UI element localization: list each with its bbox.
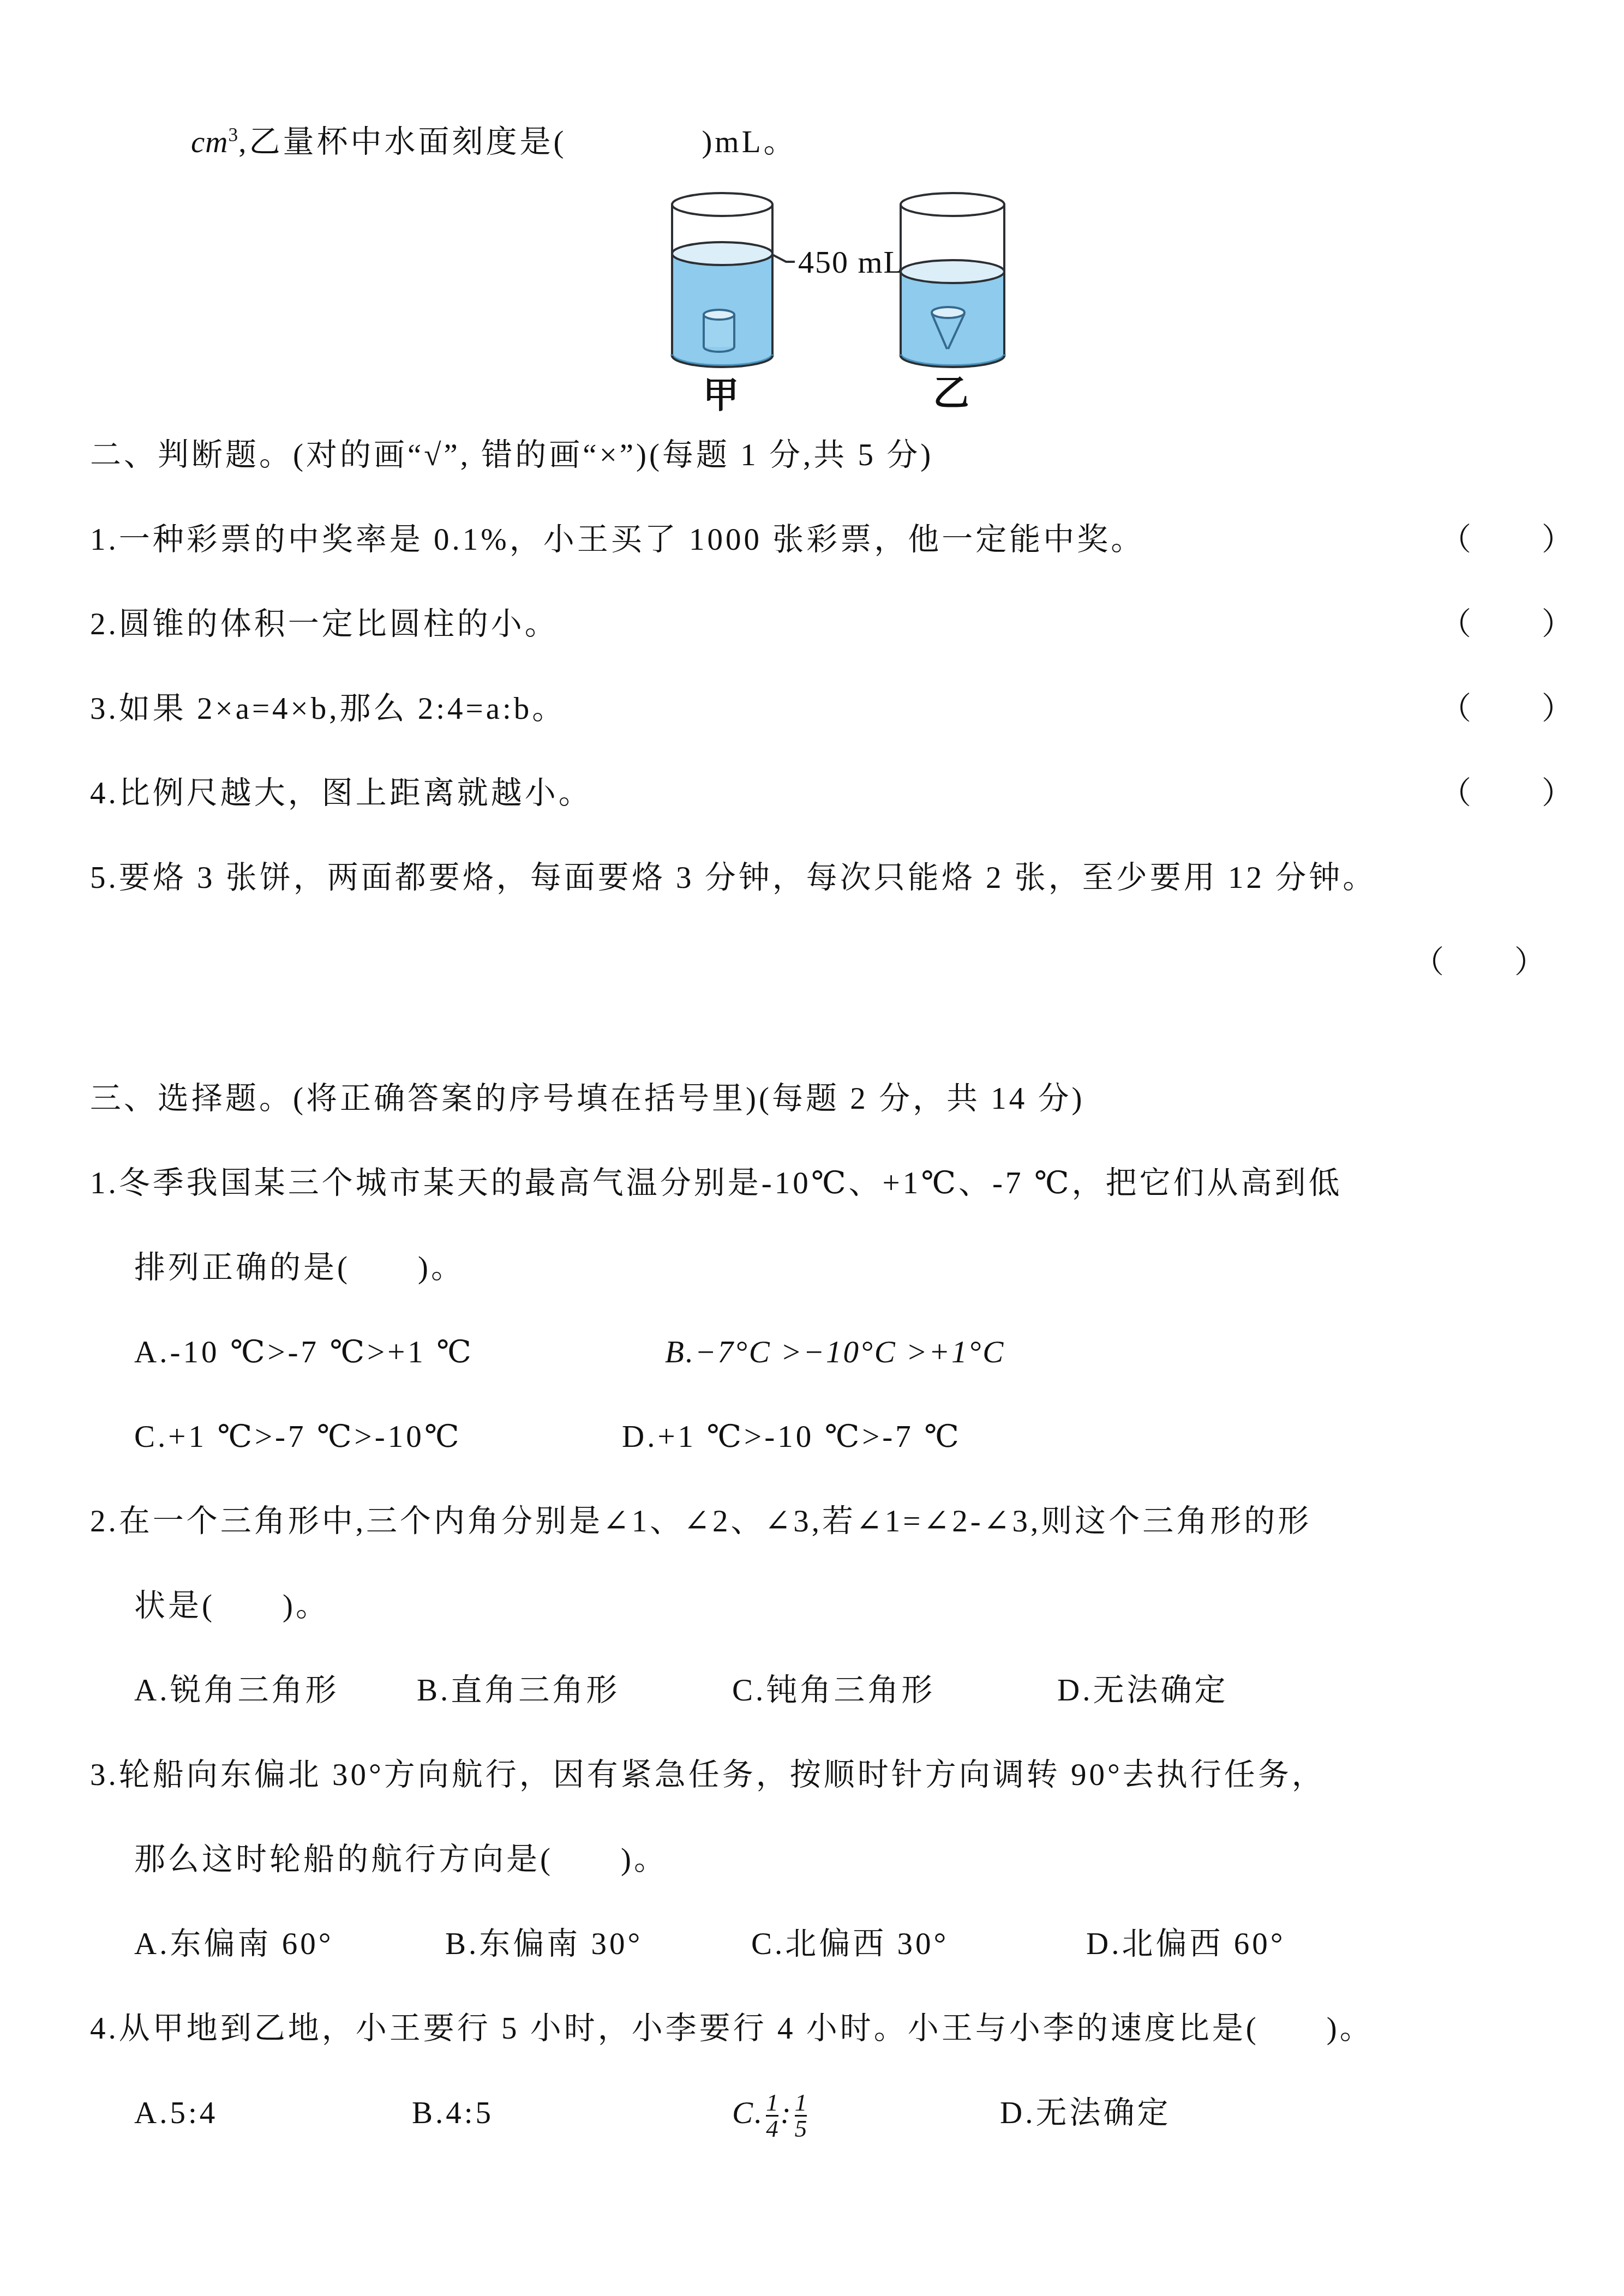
yi-glass-top xyxy=(901,193,1004,216)
judge-question-4: 4.比例尺越大，图上距离就越小。（ ） xyxy=(90,751,1542,836)
section3-header: 三、选择题。(将正确答案的序号填在括号里)(每题 2 分，共 14 分) xyxy=(90,1056,1542,1141)
cm-italic: cm xyxy=(191,125,228,159)
choice-question-3-line1: 3.轮船向东偏北 30°方向航行，因有紧急任务，按顺时针方向调转 90°去执行任… xyxy=(90,1733,1542,1817)
judge-question-1: 1.一种彩票的中奖率是 0.1%，小王买了 1000 张彩票，他一定能中奖。（ … xyxy=(90,497,1542,582)
section2-header: 二、判断题。(对的画“√”, 错的画“×”)(每题 1 分,共 5 分) xyxy=(90,413,1542,497)
judge-question-5-answer-paren: （ ） xyxy=(1413,945,1548,979)
q4-option-b: B.4:5 xyxy=(412,2071,494,2155)
choice-question-1-line1: 1.冬季我国某三个城市某天的最高气温分别是-10℃、+1℃、-7 ℃，把它们从高… xyxy=(90,1141,1542,1225)
choice-question-3-line2: 那么这时轮船的航行方向是( )。 xyxy=(90,1817,1542,1902)
choice-question-4-options: A.5:4 B.4:5 C.14:15 D.无法确定 xyxy=(90,2071,1542,2155)
judge-question-4-text: 4.比例尺越大，图上距离就越小。 xyxy=(90,776,592,810)
q1-option-c: C.+1 ℃>-7 ℃>-10℃ xyxy=(134,1395,462,1479)
judge-question-3-answer-paren: （ ） xyxy=(1440,666,1575,751)
fraction-one-fourth: 14 xyxy=(764,2090,781,2142)
q1-option-a: A.-10 ℃>-7 ℃>+1 ℃ xyxy=(134,1310,474,1395)
jia-glass-top xyxy=(672,193,772,216)
judge-question-3: 3.如果 2×a=4×b,那么 2:4=a:b。（ ） xyxy=(90,666,1542,751)
choice-question-3-options: A.东偏南 60° B.东偏南 30° C.北偏西 30° D.北偏西 60° xyxy=(90,1902,1542,1986)
choice-question-2-line2: 状是( )。 xyxy=(90,1564,1542,1648)
yi-water-surface xyxy=(901,260,1004,283)
q2-option-b: B.直角三角形 xyxy=(417,1648,620,1733)
q2-option-a: A.锐角三角形 xyxy=(134,1648,339,1733)
q4-option-c: C.14:15 xyxy=(732,2071,809,2155)
q3-option-d: D.北偏西 60° xyxy=(1086,1902,1285,1986)
section-gap xyxy=(90,1005,1542,1056)
fill-in-question-line: cm3,乙量杯中水面刻度是( )mL。 xyxy=(90,93,1542,177)
choice-question-2-options: A.锐角三角形 B.直角三角形 C.钝角三角形 D.无法确定 xyxy=(90,1648,1542,1733)
choice-question-1-options-row1: A.-10 ℃>-7 ℃>+1 ℃ B.−7°C >−10°C >+1°C xyxy=(90,1310,1542,1395)
fraction-one-fifth: 15 xyxy=(793,2090,810,2142)
q4-option-a: A.5:4 xyxy=(134,2071,218,2155)
judge-question-2: 2.圆锥的体积一定比圆柱的小。（ ） xyxy=(90,582,1542,666)
judge-question-4-answer-paren: （ ） xyxy=(1440,751,1575,836)
q2-option-d: D.无法确定 xyxy=(1057,1648,1228,1733)
answer-blank xyxy=(566,125,702,159)
q4-option-d: D.无法确定 xyxy=(1000,2071,1171,2155)
judge-question-5-text: 5.要烙 3 张饼，两面都要烙，每面要烙 3 分钟，每次只能烙 2 张，至少要用… xyxy=(90,861,1376,895)
leader-line xyxy=(772,255,795,262)
jia-water-surface xyxy=(672,242,772,265)
fill-in-text-end: )mL。 xyxy=(702,125,797,159)
beaker-figure: 甲 450 mL xyxy=(657,177,1083,413)
fill-in-text: ,乙量杯中水面刻度是( xyxy=(238,125,566,159)
judge-question-5: 5.要烙 3 张饼，两面都要烙，每面要烙 3 分钟，每次只能烙 2 张，至少要用… xyxy=(90,836,1542,920)
judge-question-5-answer-line: （ ） xyxy=(90,920,1542,1005)
q4-option-c-label: C. xyxy=(732,2096,764,2130)
submerged-cylinder xyxy=(704,310,734,352)
cm-superscript: 3 xyxy=(228,124,238,146)
ratio-colon: : xyxy=(781,2096,793,2130)
volume-annotation: 450 mL xyxy=(772,244,904,280)
beaker-illustration: 甲 450 mL xyxy=(657,177,1083,413)
q1-option-d: D.+1 ℃>-10 ℃>-7 ℃ xyxy=(622,1395,962,1479)
jia-label: 甲 xyxy=(703,376,742,413)
choice-question-1-options-row2: C.+1 ℃>-7 ℃>-10℃ D.+1 ℃>-10 ℃>-7 ℃ xyxy=(90,1395,1542,1479)
judge-question-2-text: 2.圆锥的体积一定比圆柱的小。 xyxy=(90,607,559,641)
judge-question-1-answer-paren: （ ） xyxy=(1440,497,1575,582)
q2-option-c: C.钝角三角形 xyxy=(732,1648,935,1733)
beaker-jia: 甲 xyxy=(672,193,772,413)
volume-label: 450 mL xyxy=(798,244,904,280)
choice-question-2-line1: 2.在一个三角形中,三个内角分别是∠1、∠2、∠3,若∠1=∠2-∠3,则这个三… xyxy=(90,1479,1542,1564)
choice-question-1-line2: 排列正确的是( )。 xyxy=(90,1225,1542,1310)
q3-option-a: A.东偏南 60° xyxy=(134,1902,333,1986)
q3-option-c: C.北偏西 30° xyxy=(751,1902,949,1986)
worksheet-page: cm3,乙量杯中水面刻度是( )mL。 xyxy=(0,0,1624,2296)
choice-question-4-line1: 4.从甲地到乙地，小王要行 5 小时，小李要行 4 小时。小王与小李的速度比是(… xyxy=(90,1986,1542,2071)
q1-option-b: B.−7°C >−10°C >+1°C xyxy=(665,1310,1005,1395)
yi-label: 乙 xyxy=(933,374,972,413)
judge-question-3-text: 3.如果 2×a=4×b,那么 2:4=a:b。 xyxy=(90,692,566,726)
judge-question-2-answer-paren: （ ） xyxy=(1440,582,1575,666)
q3-option-b: B.东偏南 30° xyxy=(445,1902,643,1986)
beaker-yi: 乙 xyxy=(901,193,1004,413)
judge-question-1-text: 1.一种彩票的中奖率是 0.1%，小王买了 1000 张彩票，他一定能中奖。 xyxy=(90,522,1144,557)
